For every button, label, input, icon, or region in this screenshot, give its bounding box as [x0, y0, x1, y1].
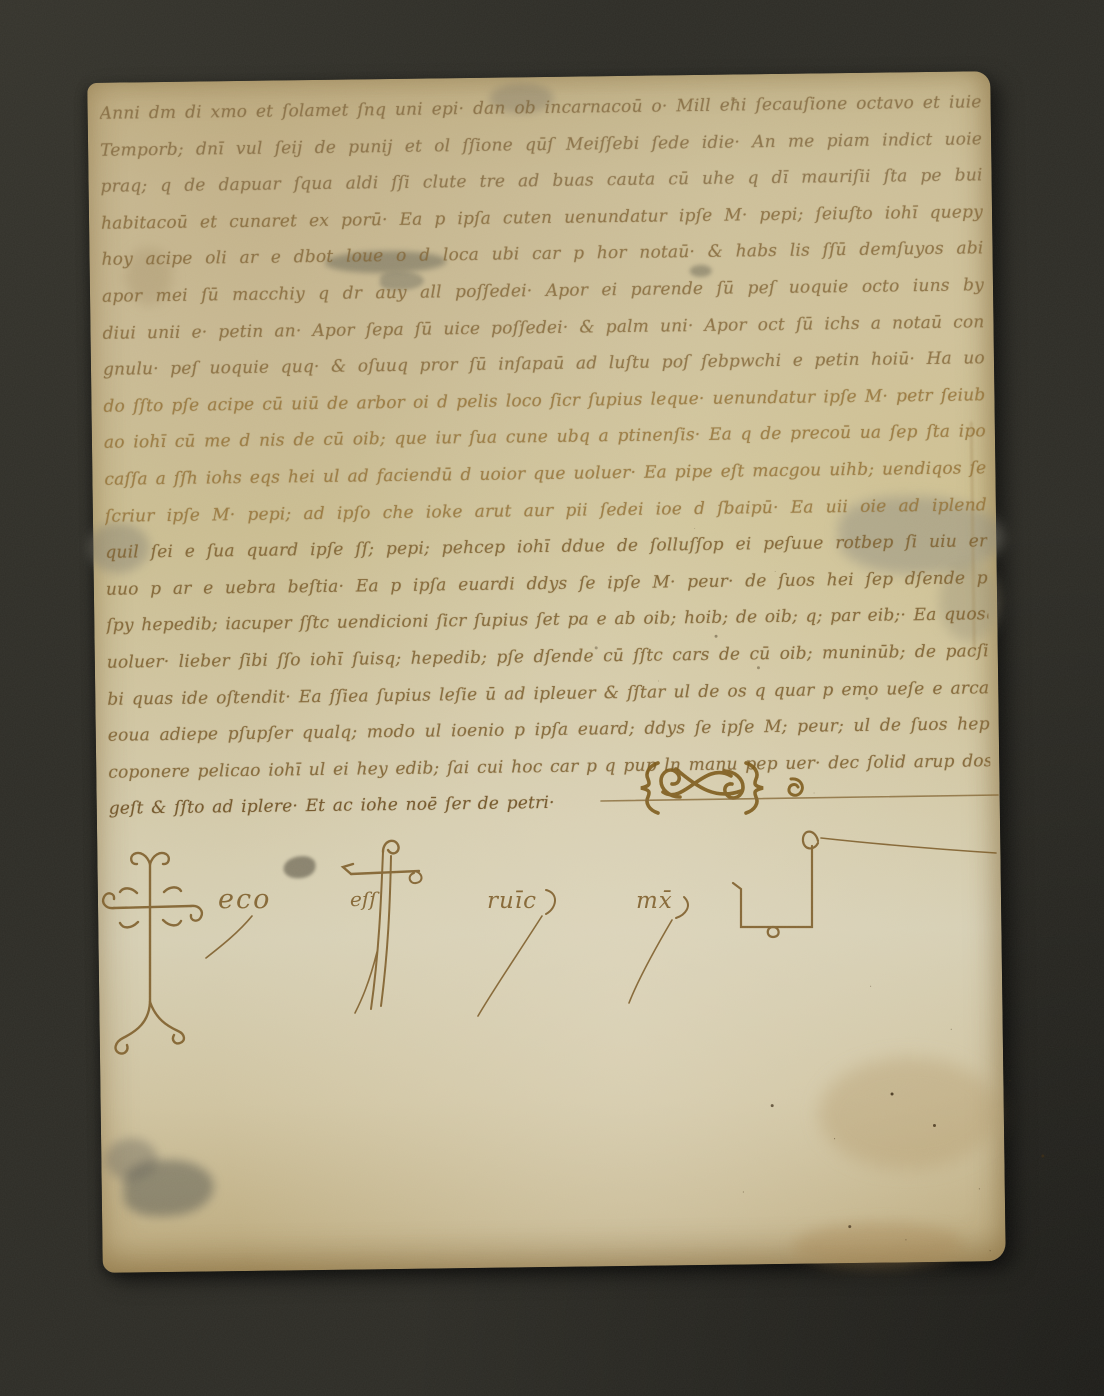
manuscript-closing-line: geſt & ſſto ad iplere· Et ac iohe noē ſe… [109, 784, 629, 827]
charter-text-block: Anni dm di xmo et ſolamet ſnq uni epi· d… [99, 84, 991, 827]
stain [105, 1138, 158, 1181]
archival-photo: Anni dm di xmo et ſolamet ſnq uni epi· d… [0, 0, 1104, 1396]
stain [792, 1222, 963, 1269]
stain [123, 1159, 214, 1216]
parchment-sheet: Anni dm di xmo et ſolamet ſnq uni epi· d… [87, 71, 1005, 1273]
stain [283, 856, 315, 878]
worm-holes [891, 1092, 894, 1095]
stain [818, 1056, 999, 1170]
